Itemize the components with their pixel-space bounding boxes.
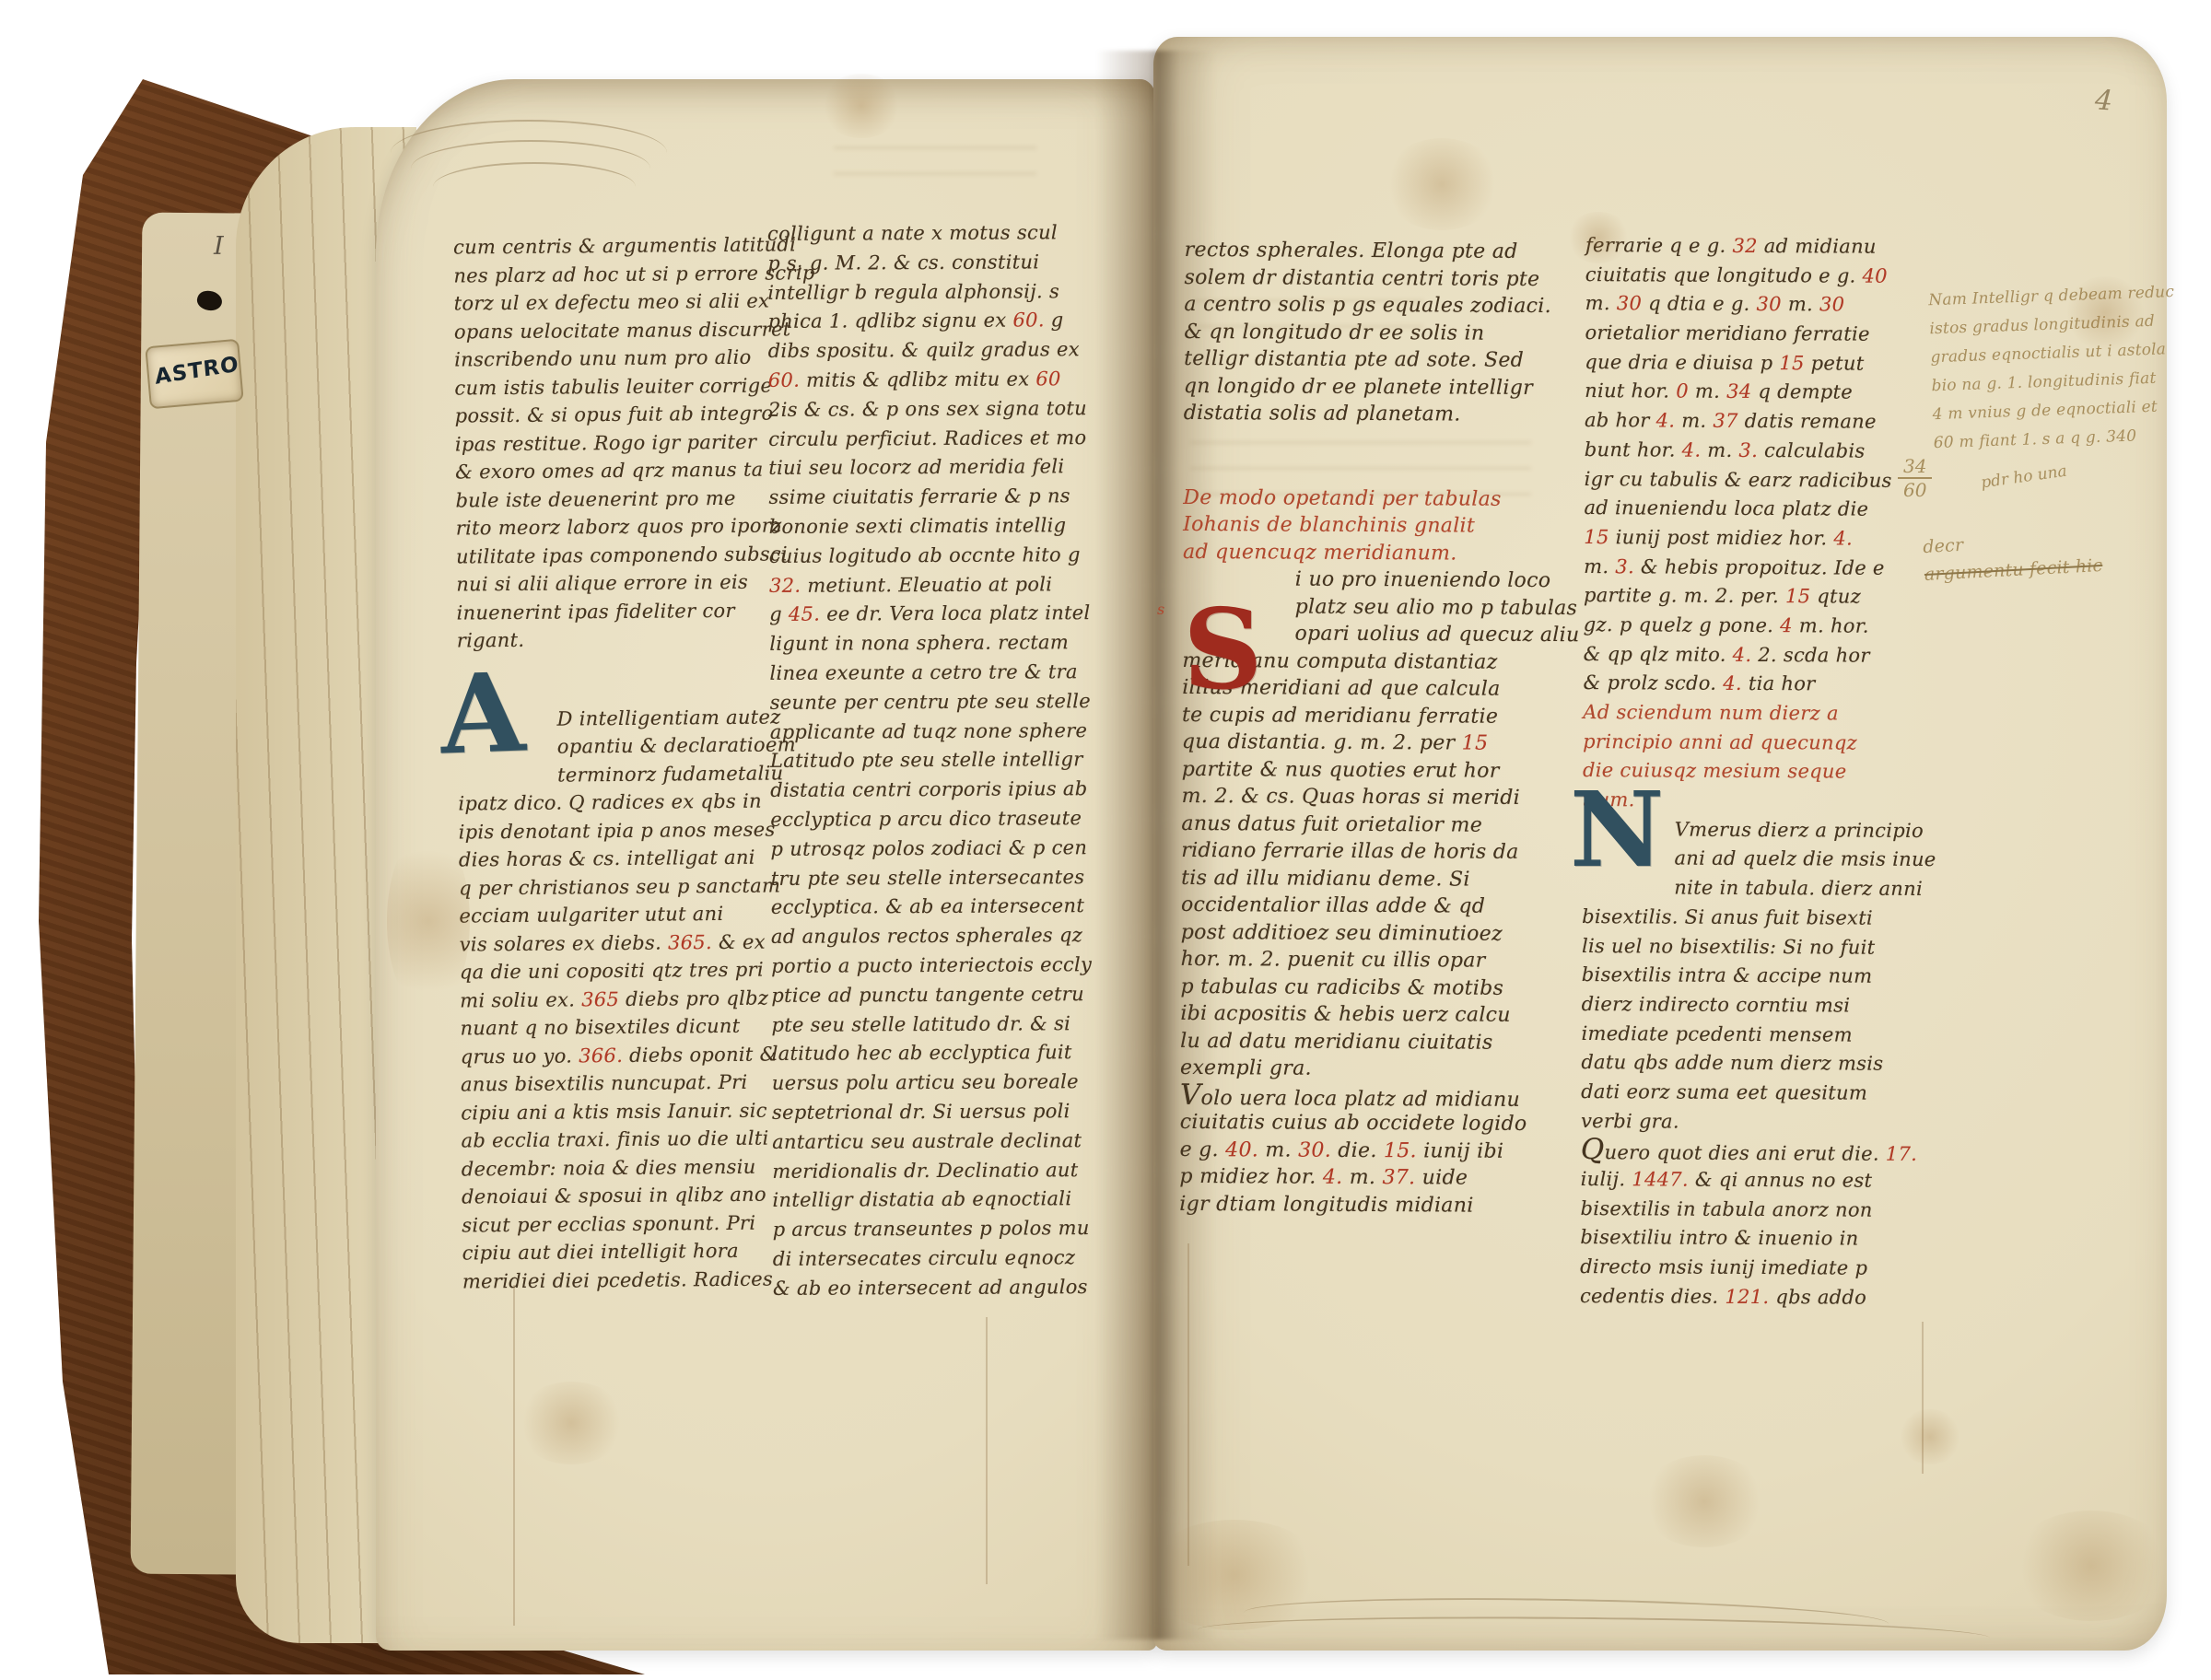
text-segment: 60 [1035, 367, 1060, 390]
manuscript-text-line: dati eorz suma eet quesitum [1581, 1078, 1924, 1109]
manuscript-text-line: exempli gra. [1180, 1055, 1553, 1084]
manuscript-text-line: ipis denotant ipia p anos meses [459, 815, 777, 846]
text-segment: ciuitatis que longitudo e g. [1585, 263, 1863, 287]
text-segment: nes plarz ad hoc ut si p errore scrip [453, 262, 814, 286]
text-segment: 4. [1323, 1166, 1343, 1189]
stain [2064, 276, 2147, 350]
stain [1382, 138, 1502, 230]
text-segment: ridiano ferrarie illas de horis da [1181, 839, 1518, 864]
text-segment: igr cu tabulis & earz radicibus [1585, 468, 1892, 492]
text-segment: bisextiliu intro & inuenio in [1580, 1226, 1858, 1250]
text-segment: uero quot dies ani erut die. [1604, 1141, 1885, 1165]
text-segment: hor. m. 2. puenit cu illis opar [1181, 948, 1486, 973]
text-segment: tia hor [1742, 672, 1816, 694]
manuscript-text-line: vis solares ex diebs. 365. & ex [460, 927, 778, 959]
manuscript-text-line: ligunt in nona sphera. rectam [769, 628, 1094, 659]
manuscript-text-line: ptice ad punctu tangente cetru [771, 980, 1095, 1011]
manuscript-text-line: bisextiliu intro & inuenio in [1580, 1223, 1923, 1254]
manuscript-text-line: pte seu stelle latitudo dr. & si [771, 1009, 1095, 1041]
manuscript-text-line: opans uelocitate manus discurret [454, 315, 772, 346]
text-segment: p arcus transeuntes p polos mu [773, 1217, 1090, 1241]
text-segment: 37. [1382, 1166, 1415, 1189]
column-ruling [986, 1317, 988, 1584]
manuscript-text-line: ferrarie q e g. 32 ad midianu [1585, 231, 1928, 262]
manuscript-text-line: principio anni ad quecunqz [1583, 728, 1925, 759]
text-segment: 60 m fiant 1. s a q g. 340 [1933, 426, 2136, 452]
manuscript-text-line: latitudo hec ab ecclyptica fuit [772, 1038, 1096, 1069]
manuscript-text-line: bisextilis in tabula anorz non [1580, 1195, 1923, 1226]
manuscript-text-line: cum istis tabulis leuiter corrige [454, 371, 772, 402]
manuscript-text-line: torz ul ex defectu meo si alii ex [454, 287, 772, 319]
manuscript-text-line: & prolz scdo. 4. tia hor [1583, 669, 1925, 700]
text-segment: seunte per centru pte seu stelle [770, 690, 1091, 714]
text-segment: ecclyptica p arcu dico traseute [770, 807, 1082, 831]
text-segment: 60. [768, 369, 800, 391]
text-segment: qbs addo [1769, 1286, 1866, 1309]
manuscript-text-line: dibs spositu. & quilz gradus ex [768, 335, 1093, 367]
text-segment: Latitudo pte seu stelle intelligr [770, 748, 1083, 772]
manuscript-text-line: distatia solis ad planetam. [1184, 400, 1557, 429]
show-through [1193, 291, 1423, 328]
manuscript-text-line: iulij. 1447. & qi annus no est [1581, 1165, 1924, 1196]
manuscript-text-line: q per christianos seu p sanctam [459, 871, 777, 903]
text-segment: lis uel no bisextilis: Si no fuit [1582, 935, 1875, 959]
manuscript-text-line: cuius logitudo ab occnte hito g [769, 541, 1094, 572]
stain [387, 829, 470, 1013]
manuscript-text-line: m. 2. & cs. Quas horas si meridi [1182, 783, 1555, 812]
text-segment: 4. [1723, 672, 1742, 694]
manuscript-text-line: orietalior meridiano ferratie [1585, 319, 1927, 350]
text-segment: gz. p quelz g pone. [1584, 613, 1780, 636]
text-segment: inuenerint ipas fideliter cor [456, 599, 734, 624]
sheet-edge-line [433, 162, 636, 212]
manuscript-text-line: portio a pucto interiectois eccly [771, 951, 1095, 982]
text-segment: possit. & si opus fuit ab integro [455, 402, 774, 427]
manuscript-text-line: nui si alii alique errore in eis [456, 568, 774, 600]
text-segment: qn longido dr ee planete intelligr [1184, 374, 1533, 399]
manuscript-text-line: ipas restitue. Rogo igr pariter [455, 427, 773, 459]
text-segment: partite g. m. 2. per. [1584, 584, 1785, 607]
manuscript-text-line: cipiu aut diei intelligit hora [462, 1236, 780, 1267]
manuscript-text-line: tiui seu locorz ad meridia feli [768, 452, 1093, 484]
manuscript-text-line: sicut per ecclias sponunt. Pri [462, 1208, 779, 1240]
text-segment: ligunt in nona sphera. rectam [769, 631, 1069, 655]
text-segment: Q [1581, 1133, 1605, 1166]
manuscript-text-line: denoiaui & sposui in qlibz ano [462, 1180, 779, 1211]
text-column-3: rectos spherales. Elonga pte adsolem dr … [1179, 237, 1558, 1219]
manuscript-text-line: circulu perficiut. Radices et mo [768, 424, 1093, 455]
text-segment: iulij. [1581, 1168, 1632, 1190]
text-segment: 30 [1617, 293, 1642, 315]
manuscript-text-line: intelligr distatia ab eqnoctiali [772, 1184, 1096, 1216]
text-segment: 32. [769, 574, 801, 596]
text-segment: ipas restitue. Rogo igr pariter [455, 430, 756, 455]
manuscript-text-line: ecciam uulgariter utut ani [459, 899, 777, 930]
text-segment: q dempte [1751, 380, 1853, 403]
text-segment: 4. [1656, 410, 1676, 432]
text-segment: 121. [1725, 1286, 1769, 1308]
text-segment: verbi gra. [1581, 1110, 1679, 1133]
text-segment: ad inueniendu loca platz die [1584, 496, 1868, 520]
text-segment: bononie sexti climatis intellig [769, 514, 1067, 538]
manuscript-text-line: applicante ad tuqz none sphere [770, 717, 1094, 748]
manuscript-text-line: ciuitatis cuius ab occidete logido [1180, 1109, 1553, 1138]
text-segment: rito meorz laborz quos pro iporz [456, 514, 782, 539]
stain [1898, 1409, 1962, 1464]
text-segment: ab ecclia traxi. finis uo die ulti [461, 1127, 768, 1152]
text-segment: intelligr b regula alphonsij. s [767, 280, 1059, 304]
text-segment: 40. [1225, 1138, 1258, 1161]
text-segment: & ex [712, 930, 766, 953]
manuscript-text-line: p utrosqz polos zodiaci & p cen [770, 834, 1094, 865]
manuscript-text-line: antarticu seu australe declinat [772, 1126, 1096, 1158]
text-segment: m. [1584, 555, 1615, 577]
manuscript-text-line: nes plarz ad hoc ut si p errore scrip [453, 259, 771, 290]
text-segment: diebs oponit & [623, 1043, 778, 1066]
manuscript-text-line: bisextilis intra & accipe num [1582, 961, 1924, 992]
text-segment: olo uera loca platz ad midianu [1201, 1087, 1521, 1112]
text-segment: p midiez hor. [1179, 1165, 1323, 1189]
text-segment: ciuitatis cuius ab occidete logido [1180, 1111, 1527, 1136]
manuscript-text-line: cipiu ani a ktis msis Ianuir. sic [461, 1096, 778, 1127]
text-segment: 15 [1779, 352, 1804, 374]
text-segment: datu qbs adde num dierz msis [1581, 1051, 1883, 1075]
manuscript-text-line: gz. p quelz g pone. 4 m. hor. [1584, 611, 1926, 642]
manuscript-text-line: ciuitatis que longitudo e g. 40 [1585, 261, 1928, 292]
text-segment: principio anni ad quecunqz [1583, 730, 1857, 754]
text-segment: opari uolius ad quecuz aliu [1294, 623, 1579, 647]
text-segment: ipis denotant ipia p anos meses [459, 818, 776, 843]
show-through [834, 138, 1036, 175]
text-segment: telligr distantia pte ad sote. Sed [1184, 347, 1524, 372]
text-segment: dati eorz suma eet quesitum [1581, 1080, 1867, 1104]
flyleaf-mark: I [214, 232, 224, 261]
text-segment: 30 [1756, 293, 1781, 315]
text-segment: 2is & cs. & p ons sex signa totu [768, 397, 1087, 421]
text-segment: 34 [1726, 380, 1751, 402]
manuscript-text-line: Iohanis de blanchinis gnalit [1183, 511, 1556, 541]
text-segment: di intersecates circulu eqnocz [773, 1246, 1075, 1270]
manuscript-text-line: nuant q no bisextiles dicunt [460, 1011, 778, 1043]
text-segment: 2. scda hor [1751, 644, 1869, 667]
text-segment: solem dr distantia centri toris pte [1184, 265, 1539, 290]
text-segment: 1447. [1632, 1168, 1689, 1190]
manuscript-text-line: bunt hor. 4. m. 3. calculabis [1585, 436, 1927, 467]
text-segment: m. hor. [1793, 614, 1869, 636]
text-segment: 4. [1733, 644, 1752, 666]
text-segment: 17. [1886, 1143, 1917, 1165]
text-segment: 0 [1676, 380, 1689, 402]
text-segment: die. [1331, 1138, 1384, 1161]
text-segment: ab hor [1585, 409, 1656, 431]
manuscript-text-line: seunte per centru pte seu stelle [770, 687, 1094, 718]
manuscript-text-line: & qp qlz mito. 4. 2. scda hor [1584, 640, 1926, 671]
manuscript-text-line: m. 30 q dtia e g. 30 m. 30 [1585, 289, 1928, 321]
manuscript-text-line: qua distantia. g. m. 2. per 15 [1182, 729, 1555, 758]
text-segment: pte seu stelle latitudo dr. & si [771, 1012, 1070, 1036]
manuscript-text-line: Latitudo pte seu stelle intelligr [770, 745, 1094, 776]
text-segment: partite & nus quoties erut hor [1182, 757, 1500, 782]
text-segment: que dria e diuisa p [1585, 351, 1779, 374]
initial-n: N [1570, 779, 1664, 882]
text-segment: lu ad datu meridianu ciuitatis [1180, 1029, 1492, 1054]
text-segment: utilitate ipas componendo subsci [456, 542, 788, 567]
text-segment: 30 [1819, 294, 1844, 316]
text-segment: p s. g. M. 2. & cs. constitui [767, 251, 1039, 274]
text-segment: nuant q no bisextiles dicunt [460, 1015, 740, 1040]
text-segment: 3. [1738, 439, 1758, 461]
text-segment: 15 [1462, 732, 1489, 755]
manuscript-text-line: directo msis iunij imediate p [1580, 1253, 1923, 1284]
text-segment: gradus eqnoctialis ut i astola [1930, 340, 2166, 367]
manuscript-text-line: niut hor. 0 m. 34 q dempte [1585, 377, 1927, 408]
text-segment: ecclyptica. & ab ea intersecent [771, 894, 1084, 918]
text-segment: g [1045, 309, 1064, 332]
text-segment: uersus polu articu seu boreale [772, 1070, 1079, 1094]
text-segment: ptice ad punctu tangente cetru [771, 983, 1084, 1007]
manuscript-text-line: ad angulos rectos spherales qz [771, 921, 1095, 952]
text-segment: torz ul ex defectu meo si alii ex [454, 290, 770, 315]
manuscript-text-line: bule iste deuenerint pro me [455, 484, 773, 515]
manuscript-text-line: septetrional dr. Si uersus poli [772, 1097, 1096, 1128]
manuscript-text-line: p s. g. M. 2. & cs. constitui [767, 248, 1092, 279]
manuscript-text-line: dierz indirecto corntiu msi [1582, 990, 1924, 1021]
text-segment: cuius logitudo ab occnte hito g [769, 543, 1081, 567]
text-segment: ipatz dico. Q radices ex qbs in [458, 790, 762, 815]
text-segment: g [769, 603, 789, 625]
margin-note-short: decr argumentu fecit hic [1923, 524, 2104, 589]
text-segment: cum istis tabulis leuiter corrige [454, 374, 772, 399]
manuscript-text-line: p tabulas cu radicibs & motibs [1180, 973, 1553, 1002]
text-segment: Ad sciendum num dierz a [1583, 701, 1839, 724]
text-segment: Vmerus dierz a principio [1675, 818, 1924, 841]
text-segment: petut [1805, 352, 1865, 374]
manuscript-text-line: Quero quot dies ani erut die. 17. [1581, 1136, 1924, 1167]
text-segment: 4. [1682, 438, 1702, 461]
manuscript-text-line: ad inueniendu loca platz die [1584, 494, 1926, 525]
text-segment: cedentis dies. [1580, 1285, 1726, 1308]
manuscript-text-line: 32. metiunt. Eleuatio at poli [769, 570, 1094, 601]
text-segment: applicante ad tuqz none sphere [770, 719, 1088, 743]
text-segment: meridiei diei pcedetis. Radices [462, 1267, 773, 1292]
text-segment: mi soliu ex. [460, 988, 581, 1011]
text-segment: sicut per ecclias sponunt. Pri [462, 1211, 755, 1236]
text-segment: 37 [1713, 410, 1737, 432]
text-segment: bule iste deuenerint pro me [455, 486, 735, 511]
text-segment: e g. [1180, 1137, 1226, 1161]
manuscript-text-line: 15 iunij post midiez hor. 4. [1584, 523, 1926, 554]
text-column-2: colligunt a nate x motus sculp s. g. M. … [767, 218, 1097, 1303]
manuscript-text-line: qrus uo yo. 366. diebs oponit & [461, 1040, 778, 1071]
text-segment: m. [1689, 380, 1726, 402]
manuscript-text-line: cum centris & argumentis latitudi [453, 231, 771, 262]
text-segment: septetrional dr. Si uersus poli [772, 1100, 1070, 1124]
manuscript-text-line: verbi gra. [1581, 1107, 1924, 1138]
text-segment: ad quencuqz meridianum. [1183, 540, 1457, 565]
text-segment: colligunt a nate x motus scul [767, 221, 1058, 245]
manuscript-text-line: solem dr distantia centri toris pte [1184, 263, 1557, 293]
text-segment: iunij ibi [1417, 1139, 1504, 1162]
manuscript-text-line: lu ad datu meridianu ciuitatis [1180, 1027, 1553, 1056]
stain [1566, 212, 1631, 263]
text-segment: 40 [1862, 264, 1887, 286]
manuscript-text-line: & ab eo intersecent ad angulos [773, 1273, 1097, 1304]
text-segment: niut hor. [1585, 379, 1676, 402]
text-segment: uide [1415, 1166, 1468, 1189]
text-segment: dies horas & cs. intelligat ani [459, 846, 755, 871]
manuscript-text-line: tis ad illu midianu deme. Si [1181, 864, 1554, 893]
guide-letter: s [1157, 601, 1164, 618]
manuscript-text-line: tru pte seu stelle intersecantes [771, 863, 1095, 894]
text-segment: 60. [1012, 309, 1044, 332]
text-segment: m. [1585, 292, 1617, 314]
text-segment: portio a pucto interiectois eccly [771, 953, 1092, 977]
text-segment: & qi annus no est [1689, 1169, 1872, 1192]
manuscript-photo: ASTRON I 4 cum centris & argumentis lati… [0, 0, 2211, 1680]
text-segment: nui si alii alique errore in eis [456, 571, 748, 596]
text-segment: 32 [1732, 235, 1757, 257]
text-segment: rectos spherales. Elonga pte ad [1185, 239, 1518, 263]
text-segment: diebs pro qlbz [619, 986, 768, 1009]
text-segment: ad midianu [1758, 235, 1877, 258]
text-segment: anus bisextilis nuncupat. Pri [461, 1071, 748, 1096]
text-segment: p tabulas cu radicibs & motibs [1180, 974, 1503, 999]
text-segment: 4 m vnius g de eqnoctiali et [1932, 398, 2158, 425]
manuscript-text-line: que dria e diuisa p 15 petut [1585, 348, 1927, 379]
margin-fraction: 34 60 [1898, 455, 1932, 501]
manuscript-text-line: ipatz dico. Q radices ex qbs in [458, 787, 776, 818]
manuscript-text-line: anus bisextilis nuncupat. Pri [461, 1067, 778, 1099]
manuscript-text-line: possit. & si opus fuit ab integro [455, 400, 773, 431]
manuscript-text-line: ssime ciuitatis ferrarie & p ns [768, 482, 1093, 513]
manuscript-text-line: linea exeunte a cetro tre & tra [769, 658, 1094, 689]
text-segment: opantiu & declaratioem [557, 733, 796, 757]
text-segment: tis ad illu midianu deme. Si [1181, 866, 1470, 891]
text-segment: 45. [789, 603, 820, 625]
manuscript-text-line: inscribendo unu num pro alio [454, 344, 772, 375]
text-segment: 15. [1384, 1139, 1417, 1162]
text-segment: 366. [579, 1044, 623, 1066]
manuscript-text-line: colligunt a nate x motus scul [767, 218, 1092, 250]
manuscript-text-line: ad quencuqz meridianum. [1183, 538, 1556, 567]
manuscript-text-line: qn longido dr ee planete intelligr [1184, 372, 1557, 402]
text-segment: cipiu aut diei intelligit hora [462, 1240, 739, 1265]
manuscript-text-line: Volo uera loca platz ad midianu [1180, 1081, 1553, 1111]
manuscript-text-line: di intersecates circulu eqnocz [773, 1243, 1097, 1275]
text-segment: ibi acpositis & hebis uerz calcu [1180, 1002, 1511, 1027]
text-segment: datis remane [1738, 410, 1877, 433]
manuscript-text-line: igr cu tabulis & earz radicibus [1585, 465, 1927, 496]
text-segment: denoiaui & sposui in qlibz ano [462, 1184, 766, 1208]
manuscript-text-line: post additioez seu diminutioez [1181, 918, 1554, 948]
manuscript-text-line: imediate pcedenti mensem [1581, 1020, 1924, 1051]
text-segment: ecciam uulgariter utut ani [459, 903, 723, 927]
manuscript-text-line: meridiei diei pcedetis. Radices [462, 1265, 780, 1296]
text-segment: qa die uni copositi qtz tres pri [460, 959, 764, 984]
text-segment: inscribendo unu num pro alio [454, 346, 752, 371]
text-segment: V [1180, 1078, 1201, 1111]
text-segment: circulu perficiut. Radices et mo [768, 426, 1086, 450]
text-segment: exempli gra. [1180, 1056, 1312, 1080]
initial-s: S [1183, 595, 1263, 706]
text-segment: metiunt. Eleuatio at poli [801, 573, 1052, 596]
manuscript-text-line: distatia centri corporis ipius ab [770, 775, 1094, 806]
text-segment: ee dr. Vera loca platz intel [820, 601, 1090, 625]
text-segment: m. [1342, 1166, 1382, 1189]
manuscript-text-line: p arcus transeuntes p polos mu [773, 1214, 1097, 1245]
text-segment: m. [1258, 1138, 1298, 1161]
manuscript-text-line: phica 1. qdlibz signu ex 60. g [767, 306, 1092, 337]
text-segment: & prolz scdo. [1583, 671, 1723, 694]
manuscript-text-line: mi soliu ex. 365 diebs pro qlbz [460, 984, 778, 1015]
text-segment: m. [1701, 439, 1738, 461]
text-segment: occidentalior illas adde & qd [1181, 893, 1485, 918]
manuscript-text-line: rectos spherales. Elonga pte ad [1185, 237, 1558, 266]
text-segment: orietalior meridiano ferratie [1585, 321, 1869, 345]
manuscript-text-line: & exoro omes ad qrz manus ta [455, 456, 773, 487]
text-segment: bisextilis intra & accipe num [1582, 963, 1873, 987]
text-segment: & exoro omes ad qrz manus ta [455, 459, 763, 484]
manuscript-text-line: lis uel no bisextilis: Si no fuit [1582, 932, 1924, 963]
manuscript-text-line: e g. 40. m. 30. die. 15. iunij ibi [1180, 1136, 1553, 1165]
text-segment: igr dtiam longitudis midiani [1179, 1192, 1473, 1217]
text-segment: decembr: noia & dies mensiu [462, 1155, 756, 1180]
manuscript-text-line: 2is & cs. & p ons sex signa totu [768, 394, 1093, 426]
text-segment: anus datus fuit orietalior me [1181, 811, 1482, 836]
manuscript-text-line: meridionalis dr. Declinatio aut [772, 1156, 1096, 1187]
manuscript-text-line: ridiano ferrarie illas de horis da [1181, 837, 1554, 867]
text-segment: post additioez seu diminutioez [1181, 920, 1503, 945]
manuscript-text-line: Ad sciendum num dierz a [1583, 698, 1925, 729]
manuscript-text-line: partite g. m. 2. per. 15 qtuz [1584, 581, 1926, 612]
manuscript-text-line: anus datus fuit orietalior me [1181, 810, 1554, 839]
manuscript-text-line: ab ecclia traxi. finis uo die ulti [461, 1124, 778, 1155]
text-segment: platz seu alio mo p tabulas [1295, 595, 1578, 620]
column-ruling [1187, 1243, 1189, 1566]
stain [1142, 1520, 1327, 1630]
manuscript-text-line: occidentalior illas adde & qd [1181, 892, 1554, 921]
text-segment: vis solares ex diebs. [460, 931, 669, 955]
text-segment: tru pte seu stelle intersecantes [771, 866, 1085, 890]
column-ruling [513, 1285, 515, 1626]
text-segment: antarticu seu australe declinat [772, 1129, 1082, 1153]
text-segment: iunij post midiez hor. [1609, 526, 1834, 549]
text-segment: terminorz fudametaliu [557, 762, 784, 786]
text-segment: latitudo hec ab ecclyptica fuit [772, 1042, 1072, 1066]
text-segment: distatia centri corporis ipius ab [770, 777, 1087, 801]
text-segment: m. 2. & cs. Quas horas si meridi [1182, 785, 1521, 810]
text-segment: & hebis propoituz. Ide e [1634, 555, 1885, 578]
text-segment: dibs spositu. & quilz gradus ex [768, 338, 1080, 362]
stain [820, 74, 903, 138]
text-segment: ad angulos rectos spherales qz [771, 924, 1082, 948]
manuscript-text-line: hor. m. 2. puenit cu illis opar [1181, 946, 1554, 975]
text-segment: cum centris & argumentis latitudi [453, 233, 796, 258]
text-segment: distatia solis ad planetam. [1184, 402, 1461, 426]
stain [1640, 1455, 1769, 1547]
text-segment: p utrosqz polos zodiaci & p cen [770, 836, 1087, 860]
text-segment: dierz indirecto corntiu msi [1582, 993, 1851, 1017]
manuscript-text-line: partite & nus quoties erut hor [1182, 755, 1555, 785]
manuscript-text-line: ab hor 4. m. 37 datis remane [1585, 406, 1927, 437]
text-segment: linea exeunte a cetro tre & tra [769, 660, 1077, 684]
text-segment: q per christianos seu p sanctam [459, 874, 780, 899]
text-segment: 15 [1584, 526, 1609, 548]
manuscript-text-line: g 45. ee dr. Vera loca platz intel [769, 599, 1094, 630]
manuscript-text-line: ibi acpositis & hebis uerz calcu [1180, 1000, 1553, 1030]
text-segment: q dtia e g. [1642, 293, 1757, 316]
text-segment: Iohanis de blanchinis gnalit [1183, 513, 1475, 538]
